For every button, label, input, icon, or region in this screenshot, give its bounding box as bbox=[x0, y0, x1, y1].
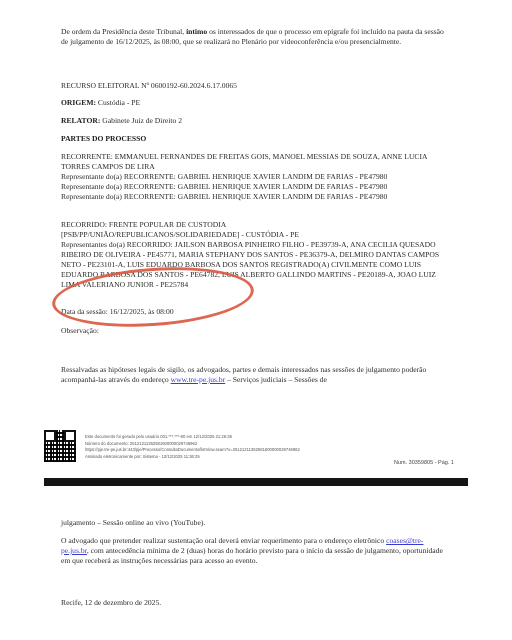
origem: ORIGEM: Custódia - PE bbox=[61, 98, 140, 108]
recorrente-representante: Representante do(a) RECORRENTE: GABRIEL … bbox=[61, 172, 387, 182]
footer-signed: Assinado eletronicamente por: Sistema - … bbox=[85, 454, 200, 461]
intimo-bold: intimo bbox=[186, 27, 207, 36]
partes-heading: PARTES DO PROCESSO bbox=[61, 134, 146, 144]
advogado-paragraph: O advogado que pretender realizar susten… bbox=[61, 536, 451, 566]
ressalvas-paragraph: Ressalvadas as hipóteses legais de sigil… bbox=[61, 365, 451, 385]
recorrente-representante: Representante do(a) RECORRENTE: GABRIEL … bbox=[61, 192, 387, 202]
continuation-text: julgamento – Sessão online ao vivo (YouT… bbox=[61, 518, 205, 528]
recorrido-representantes: Representantes do(a) RECORRIDO: JAILSON … bbox=[61, 240, 451, 290]
intro-paragraph: De ordem da Presidência deste Tribunal, … bbox=[61, 27, 451, 47]
recorrente-names: RECORRENTE: EMMANUEL FERNANDES DE FREITA… bbox=[61, 152, 451, 172]
recorrente-representante: Representante do(a) RECORRENTE: GABRIEL … bbox=[61, 182, 387, 192]
observacao-label: Observação: bbox=[61, 326, 99, 336]
page-number: Num. 30359805 - Pág. 1 bbox=[394, 460, 454, 466]
qr-code bbox=[44, 430, 76, 462]
session-date: Data da sessão: 16/12/2025, às 08:00 bbox=[61, 307, 174, 317]
place-date: Recife, 12 de dezembro de 2025. bbox=[61, 598, 161, 608]
tre-site-link[interactable]: www.tre-pe.jus.br bbox=[171, 375, 226, 384]
recorrido-names: RECORRIDO: FRENTE POPULAR DE CUSTODIA [P… bbox=[61, 220, 341, 240]
page-separator bbox=[44, 478, 468, 486]
process-number: RECURSO ELEITORAL Nº 0600192-60.2024.6.1… bbox=[61, 81, 237, 91]
relator: RELATOR: Gabinete Juiz de Direito 2 bbox=[61, 116, 182, 126]
